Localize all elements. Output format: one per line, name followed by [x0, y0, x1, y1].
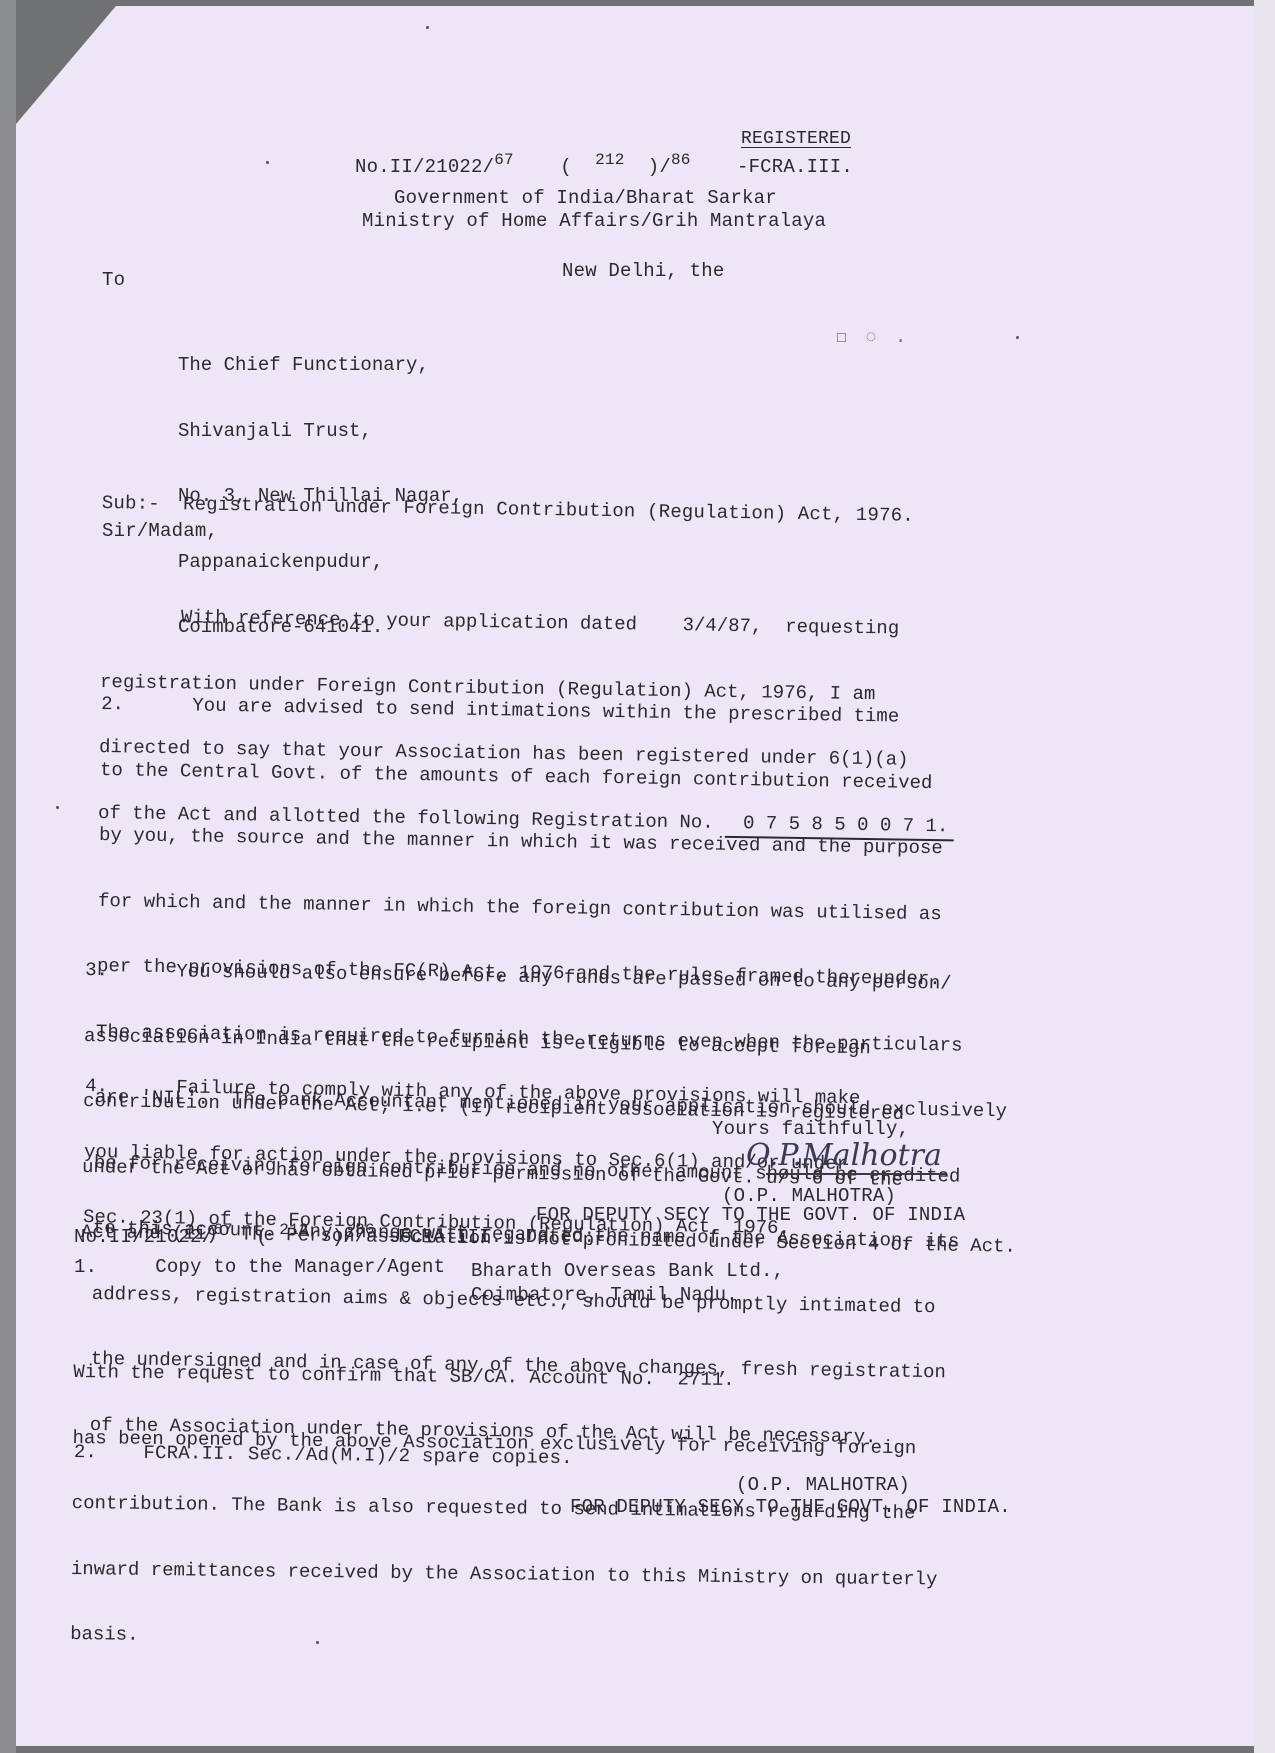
- scan-speck: [56, 806, 59, 809]
- government-line: Government of India/Bharat Sarkar: [394, 189, 777, 208]
- faint-stamp: ☐ ◌ .: [836, 326, 910, 348]
- copy-signatory-title: FOR DEPUTY SECY TO THE GOVT. OF INDIA.: [570, 1498, 1011, 1517]
- signature: O.P.Malhotra: [746, 1138, 942, 1173]
- ministry-line: Ministry of Home Affairs/Grih Mantralaya: [362, 212, 826, 231]
- copy-file-number: No.II/21022/67 ( 212 )/86 -FCRA.III. Dat…: [74, 1228, 607, 1247]
- bank-name: Bharath Overseas Bank Ltd.,: [471, 1262, 784, 1281]
- closing: Yours faithfully,: [712, 1120, 909, 1139]
- registered-mark: REGISTERED: [741, 130, 851, 148]
- file-number: No.II/21022/67 ( 212 )/86 -FCRA.III.: [355, 158, 853, 177]
- place-date: New Delhi, the: [562, 262, 724, 281]
- signatory-title: FOR DEPUTY SECY TO THE GOVT. OF INDIA: [536, 1206, 965, 1225]
- signature-line: [766, 1173, 946, 1175]
- to-label: To: [102, 271, 125, 290]
- letter-page: REGISTERED No.II/21022/67 ( 212 )/86 -FC…: [16, 6, 1254, 1746]
- scan-border-left: [0, 0, 16, 1753]
- scan-speck: [1016, 336, 1019, 339]
- copy-item-1: 1. Copy to the Manager/Agent: [74, 1258, 445, 1277]
- scan-border-right: [1254, 0, 1275, 1753]
- scan-speck: [316, 1641, 319, 1644]
- copy-signatory-name: (O.P. MALHOTRA): [736, 1476, 910, 1495]
- scan-speck: [426, 26, 429, 29]
- scan-speck: [266, 161, 269, 164]
- salutation: Sir/Madam,: [102, 522, 218, 541]
- bank-location: Coimbatore, Tamil Nadu.: [471, 1286, 738, 1305]
